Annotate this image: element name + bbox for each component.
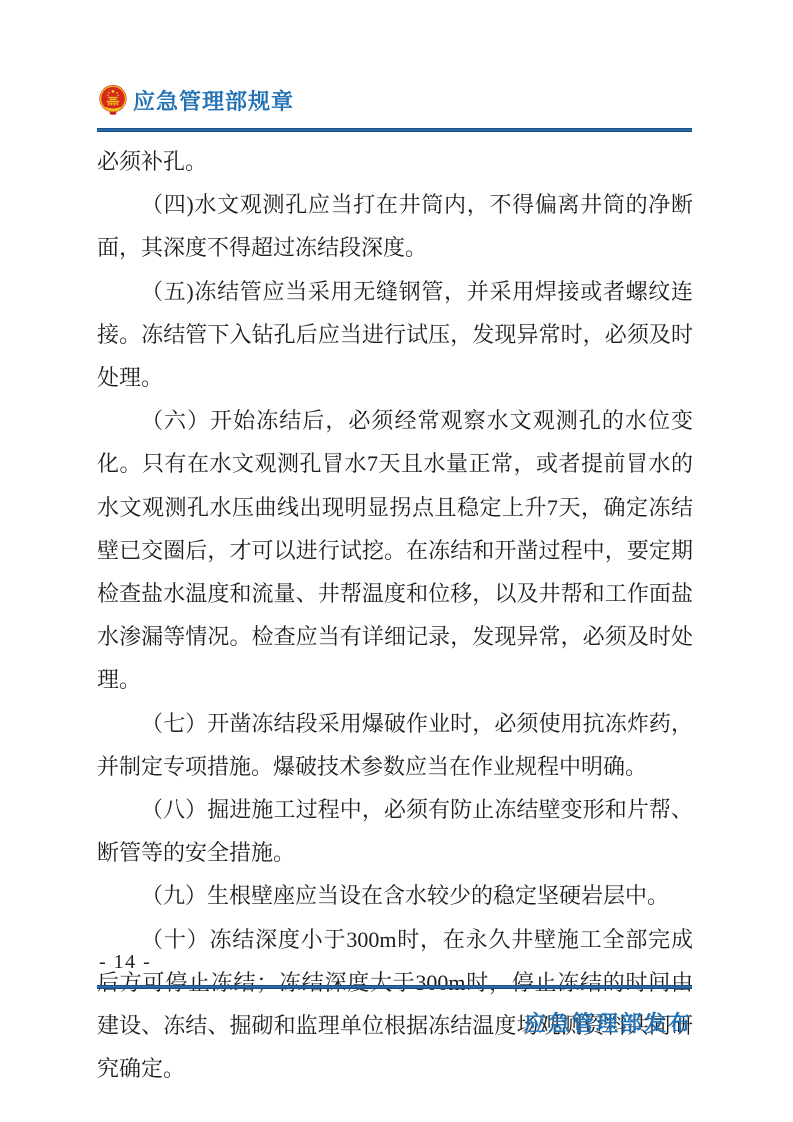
document-header: 应急管理部规章 (98, 84, 294, 116)
page-number: - 14 - (99, 951, 151, 974)
footer-rule (97, 985, 692, 989)
body-paragraph: （七）开凿冻结段采用爆破作业时，必须使用抗冻炸药，并制定专项措施。爆破技术参数应… (97, 702, 693, 788)
header-rule (97, 128, 692, 132)
body-paragraph: （九）生根壁座应当设在含水较少的稳定坚硬岩层中。 (97, 874, 693, 917)
body-paragraph: （八）掘进施工过程中，必须有防止冻结壁变形和片帮、断管等的安全措施。 (97, 788, 693, 874)
national-emblem-icon (98, 84, 128, 116)
document-body: 必须补孔。 （四)水文观测孔应当打在井筒内，不得偏离井筒的净断面，其深度不得超过… (97, 140, 693, 1090)
body-paragraph: （五)冻结管应当采用无缝钢管，并采用焊接或者螺纹连接。冻结管下入钻孔后应当进行试… (97, 270, 693, 400)
header-title: 应急管理部规章 (133, 85, 294, 116)
body-paragraph: （十）冻结深度小于300m时，在永久井壁施工全部完成后方可停止冻结；冻结深度大于… (97, 918, 693, 1091)
document-page: 应急管理部规章 必须补孔。 （四)水文观测孔应当打在井筒内，不得偏离井筒的净断面… (0, 0, 793, 1122)
body-paragraph: （六）开始冻结后，必须经常观察水文观测孔的水位变化。只有在水文观测孔冒水7天且水… (97, 399, 693, 701)
body-paragraph: （四)水文观测孔应当打在井筒内，不得偏离井筒的净断面，其深度不得超过冻结段深度。 (97, 183, 693, 269)
body-paragraph: 必须补孔。 (97, 140, 693, 183)
publisher-label: 应急管理部发布 (524, 1007, 692, 1038)
